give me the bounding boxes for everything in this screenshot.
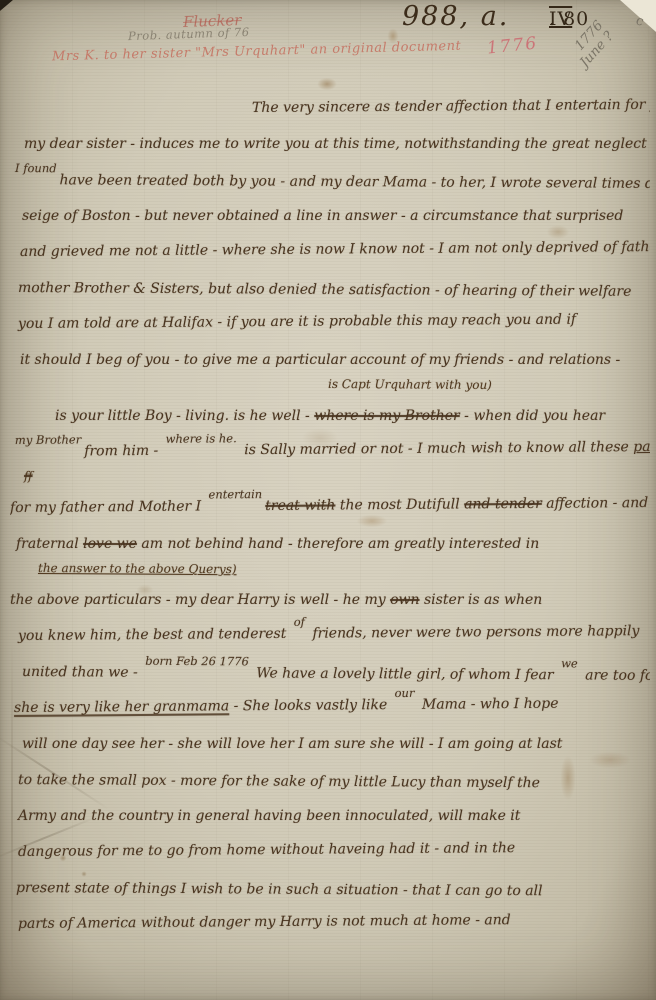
- letter-text: the answer to the above Querys): [38, 561, 237, 576]
- letter-line: it should I beg of you - to give me a pa…: [20, 342, 650, 378]
- letter-line: for my father and Mother I entertaintrea…: [10, 485, 650, 526]
- letter-line: to take the small pox - more for the sak…: [18, 762, 650, 802]
- letter-line: Army and the country in general having b…: [18, 798, 650, 834]
- letter-text: friends, never were two persons more hap…: [308, 623, 640, 642]
- letter-text: Mama - who I hope: [417, 696, 558, 713]
- letter-text: The very sincere as tender affection tha…: [252, 97, 650, 116]
- letter-text: seige of Boston - but never obtained a l…: [22, 208, 623, 224]
- shelf-mark-number: . 80: [549, 8, 589, 30]
- letter-text: will one day see her - she will love her…: [22, 736, 562, 752]
- letter-text: from him -: [84, 443, 163, 460]
- letter-text: - She looks vastly like: [229, 697, 392, 714]
- letter-text: ff: [24, 469, 33, 483]
- letter-text: are too fond: [581, 667, 650, 684]
- interlinear-insertion: where is he.: [166, 433, 237, 444]
- letter-line: parts of America without danger my Harry…: [18, 901, 650, 942]
- letter-line: and grieved me not a little - where she …: [20, 229, 650, 270]
- letter-text: affection - and: [542, 495, 650, 512]
- letter-text: where is my Brother: [314, 408, 460, 424]
- letter-text: is Sally married or not - I much wish to…: [240, 439, 634, 458]
- letter-line: The very sincere as tender affection tha…: [252, 90, 650, 126]
- interlinear-insertion: my Brother: [15, 434, 81, 445]
- letter-text: you I am told are at Halifax - if you ar…: [18, 312, 576, 332]
- letter-text: particulars: [633, 439, 650, 456]
- letter-text: am not behind hand - therefore am greatl…: [137, 536, 539, 552]
- manuscript-page: Flucker 988, a. IV. 80 1776 1776 June ? …: [0, 0, 656, 1000]
- letter-line: you knew him, the best and tenderest of …: [18, 613, 650, 654]
- letter-line: the answer to the above Querys): [38, 562, 650, 586]
- interlinear-insertion: of: [294, 617, 305, 627]
- interlinear-insertion: I found: [15, 163, 57, 173]
- letter-text: to take the small pox - more for the sak…: [18, 772, 540, 791]
- letter-text: you knew him, the best and tenderest: [18, 626, 291, 644]
- letter-line: dangerous for me to go from home without…: [18, 829, 650, 870]
- letter-text: united than we -: [22, 664, 142, 681]
- letter-line: my dear sister - induces me to write you…: [24, 126, 650, 162]
- letter-text: parts of America without danger my Harry…: [18, 912, 511, 932]
- letter-text: present state of things I wish to be in …: [16, 880, 543, 899]
- letter-line: I foundhave been treated both by you - a…: [12, 162, 650, 202]
- letter-line: my Brotherfrom him - where is he. is Sal…: [12, 429, 650, 470]
- annotation-catalog-number: 988, a.: [402, 1, 509, 32]
- letter-text: fraternal: [16, 536, 83, 552]
- letter-text: it should I beg of you - to give me a pa…: [20, 352, 620, 368]
- letter-line: she is very like her granmama - She look…: [14, 685, 650, 726]
- letter-line: fraternal love we am not behind hand - t…: [16, 526, 650, 562]
- interlinear-insertion: entertain: [208, 489, 262, 499]
- letter-text: and grieved me not a little - where she …: [20, 239, 650, 260]
- interlinear-insertion: we: [561, 658, 578, 668]
- letter-body: The very sincere as tender affection tha…: [10, 90, 650, 990]
- letter-text: she is very like her granmama: [14, 698, 229, 716]
- letter-text: have been treated both by you - and my d…: [60, 172, 650, 192]
- letter-text: the above particulars - my dear Harry is…: [10, 592, 390, 608]
- letter-text: dangerous for me to go from home without…: [18, 840, 515, 860]
- letter-text: mother Brother & Sisters, but also denie…: [18, 280, 631, 300]
- interlinear-insertion: our: [395, 688, 415, 698]
- letter-text: treat with: [265, 497, 335, 514]
- letter-text: is Capt Urquhart with you): [328, 377, 492, 392]
- letter-text: sister is as when: [420, 592, 543, 608]
- letter-text: my dear sister - induces me to write you…: [24, 136, 650, 152]
- letter-text: is your little Boy - living. is he well …: [55, 408, 314, 424]
- letter-text: We have a lovely little girl, of whom I …: [252, 665, 558, 683]
- letter-line: the above particulars - my dear Harry is…: [10, 582, 650, 618]
- letter-line: seige of Boston - but never obtained a l…: [22, 198, 650, 234]
- letter-text: the most Dutifull: [335, 496, 464, 513]
- letter-text: for my father and Mother I: [10, 498, 206, 516]
- letter-line: you I am told are at Halifax - if you ar…: [18, 301, 650, 342]
- letter-text: - when did you hear: [460, 408, 605, 424]
- interlinear-insertion: born Feb 26 1776: [145, 656, 249, 667]
- letter-line: will one day see her - she will love her…: [22, 726, 650, 762]
- letter-text: own: [390, 592, 419, 608]
- letter-text: Army and the country in general having b…: [18, 808, 520, 824]
- letter-line: is your little Boy - living. is he well …: [55, 398, 650, 434]
- letter-line: is Capt Urquhart with you): [328, 378, 650, 400]
- letter-text: and tender: [464, 496, 542, 513]
- letter-text: love we: [83, 536, 137, 552]
